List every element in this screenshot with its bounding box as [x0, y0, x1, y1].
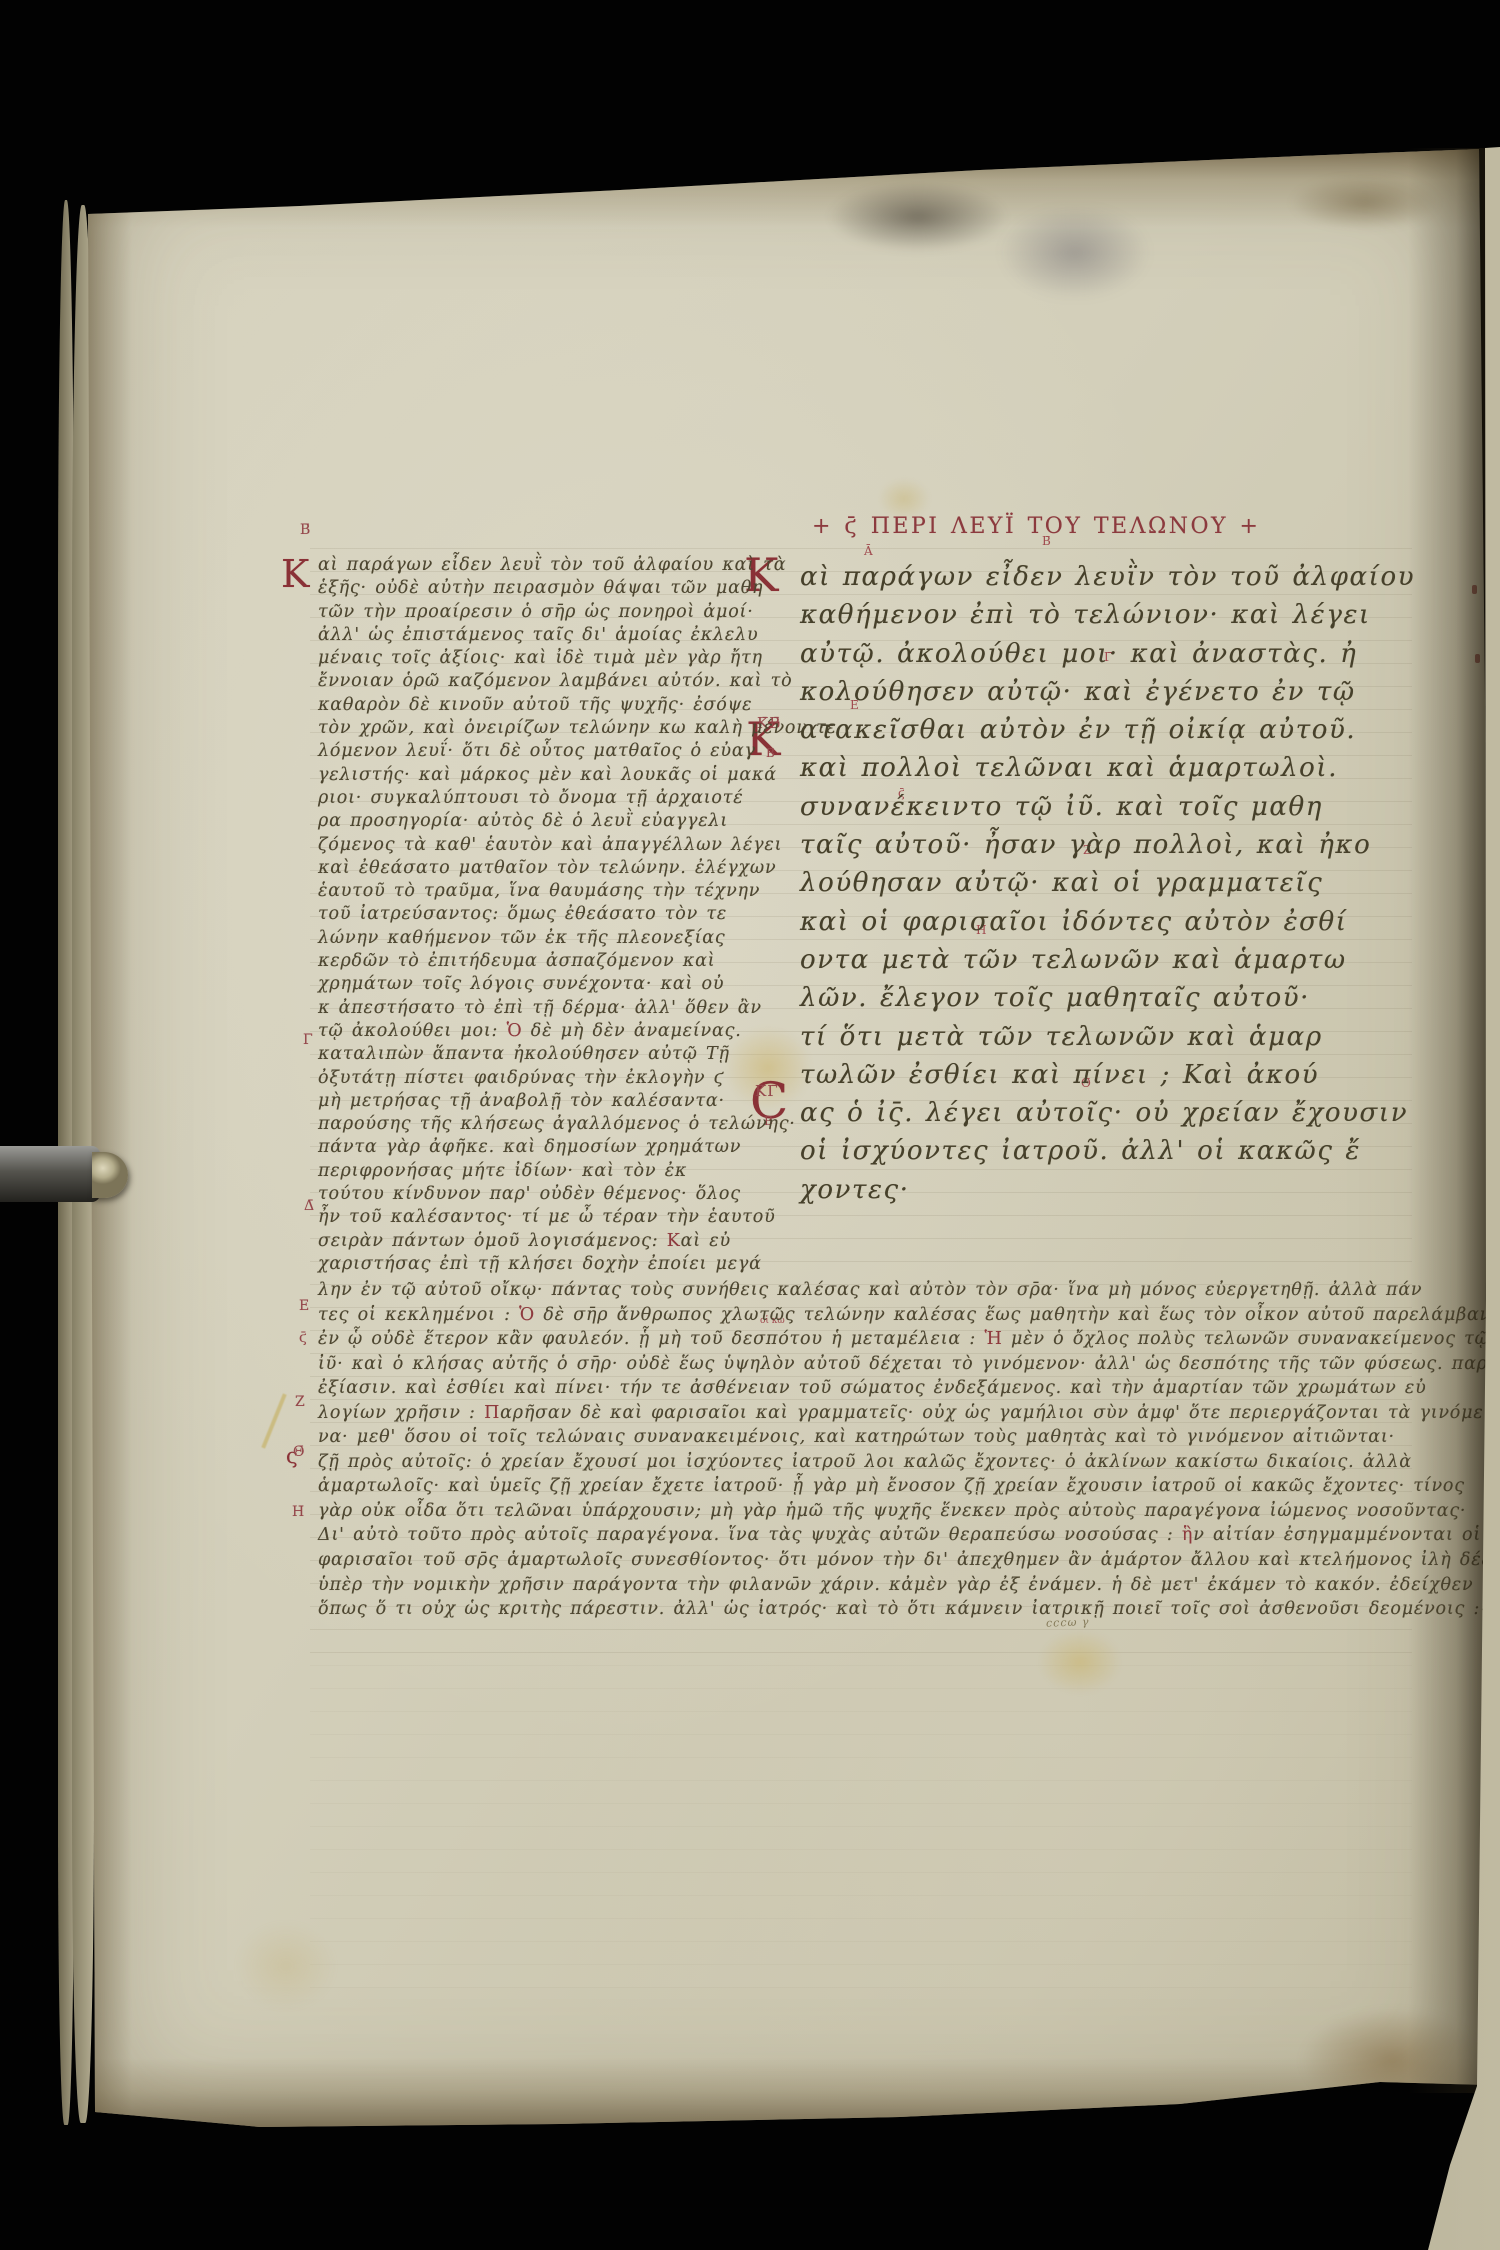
commentary-line: ἑξῆς· οὐδὲ αὐτὴν πειρασμὸν θάψαι τῶν μαθ…	[318, 577, 837, 600]
commentary-line: ἑαυτοῦ τὸ τραῦμα, ἵνα θαυμάσης τὴν τέχνη…	[318, 880, 837, 903]
commentary-line: τὸν χρῶν, καὶ ὀνειρίζων τελώνην κω καλὴ …	[318, 717, 837, 740]
gutter-shadow	[1408, 148, 1488, 2093]
commentary-line: μέναις τοῖς ἀξίοις· καὶ ἰδὲ τιμὰ μὲν γὰρ…	[318, 647, 837, 670]
commentary-line: λην ἐν τῷ αὐτοῦ οἴκῳ· πάντας τοὺς συνήθε…	[318, 1278, 1500, 1303]
manuscript-page: + ϛ̄ ΠΕΡΙ ΛΕΥΪ ΤΟΥ ΤΕΛΩΝΟΥ + Κ Κ Κ Ϲ ς Β…	[0, 0, 1500, 2250]
photo-stage: + ϛ̄ ΠΕΡΙ ΛΕΥΪ ΤΟΥ ΤΕΛΩΝΟΥ + Κ Κ Κ Ϲ ς Β…	[0, 0, 1500, 2250]
commentary-line: μὴ μετρήσας τῇ ἀναβολῇ τὸν καλέσαντα·	[318, 1090, 837, 1113]
commentary-line: χρημάτων τοῖς λόγοις συνέχοντα· καὶ οὐ	[318, 973, 837, 996]
stain	[1000, 205, 1150, 300]
commentary-line: γὰρ οὐκ οἶδα ὅτι τελῶναι ὑπάρχουσιν; μὴ …	[318, 1499, 1500, 1524]
commentary-line: ὅπως ὅ τι οὐχ ὡς κριτὴς πάρεστιν. ἀλλ' ὡ…	[318, 1597, 1500, 1622]
margin-siglum-stigma: ϛ̄	[299, 1330, 308, 1346]
commentary-line: λώνην καθήμενον τῶν ἐκ τῆς πλεονεξίας	[318, 927, 837, 950]
gospel-line: κολούθησεν αὐτῷ· καὶ ἐγένετο ἐν τῷ	[800, 673, 1415, 711]
margin-siglum-zeta: Ζ̄	[295, 1394, 306, 1410]
gospel-line: τωλῶν ἐσθίει καὶ πίνει ; Καὶ ἀκού	[800, 1056, 1415, 1094]
commentary-line: ἰῦ· καὶ ὁ κλήσας αὐτῆς ὁ ση̄ρ· οὐδὲ ἕως …	[318, 1352, 1500, 1377]
commentary-line: γελιστής· καὶ μάρκος μὲν καὶ λουκᾶς οἱ μ…	[318, 764, 837, 787]
commentary-column: αὶ παράγων εἶδεν λευῒ τὸν τοῦ ἀλφαίου κα…	[318, 554, 837, 1276]
gospel-line: καὶ πολλοὶ τελῶναι καὶ ἁμαρτωλοὶ.	[800, 749, 1415, 787]
gospel-line: ας ὁ ἰς̄. λέγει αὐτοῖς· οὐ χρείαν ἔχουσι…	[800, 1094, 1415, 1132]
commentary-line: ζόμενος τὰ καθ' ἑαυτὸν καὶ ἀπαγγέλλων λέ…	[318, 834, 837, 857]
commentary-line: λόμενον λευΐ· ὅτι δὲ οὗτος ματθαῖος ὁ εὐ…	[318, 740, 837, 763]
gospel-line: ατακεῖσθαι αὐτὸν ἐν τῇ οἰκίᾳ αὐτοῦ.	[800, 711, 1415, 749]
gospel-line: οντα μετὰ τῶν τελωνῶν καὶ ἁμαρτω	[800, 941, 1415, 979]
interlinear-mark-alpha: Ᾱ	[864, 544, 873, 558]
commentary-line: τοῦ ἰατρεύσαντος: ὅμως ἐθεάσατο τὸν τε	[318, 903, 837, 926]
chapter-title: + ϛ̄ ΠΕΡΙ ΛΕΥΪ ΤΟΥ ΤΕΛΩΝΟΥ +	[812, 514, 1260, 539]
commentary-line: ἁμαρτωλοῖς· καὶ ὑμεῖς ζῇ χρείαν ἔχετε ἰα…	[318, 1474, 1500, 1499]
ruling-lines-faint	[310, 1665, 1412, 1995]
page-top-browning	[86, 148, 1486, 228]
commentary-line: τῶν τὴν προαίρεσιν ὁ ση̄ρ ὡς πονηροὶ ἀμο…	[318, 601, 837, 624]
commentary-line: Δι' αὐτὸ τοῦτο πρὸς αὐτοῖς παραγέγονα. ἵ…	[318, 1523, 1500, 1548]
page-clamp	[0, 1146, 100, 1202]
commentary-line: παρούσης τῆς κλήσεως ἀγαλλόμενος ὁ τελών…	[318, 1113, 837, 1136]
commentary-lower-block: λην ἐν τῷ αὐτοῦ οἴκῳ· πάντας τοὺς συνήθε…	[318, 1278, 1500, 1622]
commentary-line: ὀξυτάτῃ πίστει φαιδρύνας τὴν ἐκλογὴν ϛ	[318, 1067, 837, 1090]
commentary-line: ζῇ πρὸς αὐτοῖς: ὁ χρείαν ἔχουσί μοι ἰσχύ…	[318, 1450, 1500, 1475]
margin-siglum-beta: Β̄	[300, 522, 311, 538]
commentary-line: σειρὰν πάντων ὁμοῦ λογισάμενος: Καὶ εὐ	[318, 1230, 837, 1253]
margin-siglum-delta: Δ̄	[304, 1198, 315, 1214]
gospel-line: αὶ παράγων εἶδεν λευῒν τὸν τοῦ ἀλφαίου	[800, 558, 1415, 596]
commentary-line: ριοι· συγκαλύπτουσι τὸ ὄνομα τῇ ἀρχαιοτέ	[318, 787, 837, 810]
gospel-line: συνανέκειντο τῷ ἰῦ. καὶ τοῖς μαθη	[800, 788, 1415, 826]
stain	[236, 1922, 336, 2010]
margin-siglum-gamma: Γ̄	[303, 1032, 314, 1048]
commentary-line: χαριστήσας ἐπὶ τῇ κλήσει δοχὴν ἐποίει με…	[318, 1253, 837, 1276]
gospel-line: χοντες·	[800, 1171, 1415, 1209]
commentary-line: καταλιπὼν ἅπαντα ἠκολούθησεν αὐτῷ Τῇ	[318, 1043, 837, 1066]
commentary-line: καὶ ἐθεάσατο ματθαῖον τὸν τελώνην. ἐλέγχ…	[318, 857, 837, 880]
gospel-line: ταῖς αὐτοῦ· ἦσαν γὰρ πολλοὶ, καὶ ἠκο	[800, 826, 1415, 864]
commentary-line: ἀλλ' ὡς ἐπιστάμενος ταῖς δι' ἁμοίας ἐκλε…	[318, 624, 837, 647]
commentary-line: περιφρονήσας μήτε ἰδίων· καὶ τὸν ἐκ	[318, 1160, 837, 1183]
commentary-line: τῷ ἀκολούθει μοι: Ὁ δὲ μὴ δὲν ἀναμείνας.	[318, 1020, 837, 1043]
commentary-line: τες οἱ κεκλημένοι : Ὁ δὲ ση̄ρ ἄνθρωπος χ…	[318, 1303, 1500, 1328]
margin-siglum-eta: Η̄	[292, 1504, 305, 1520]
gospel-line: τί ὅτι μετὰ τῶν τελωνῶν καὶ ἁμαρ	[800, 1018, 1415, 1056]
margin-siglum-epsilon: Ε̄	[299, 1298, 310, 1314]
commentary-line: ρα προσηγορία· αὐτὸς δὲ ὁ λευῒ εὐαγγελι	[318, 810, 837, 833]
gospel-line: καὶ οἱ φαρισαῖοι ἰδόντες αὐτὸν ἐσθί	[800, 903, 1415, 941]
page-bottom-browning	[86, 2058, 1488, 2130]
gospel-line: οἱ ἰσχύοντες ἰατροῦ. ἀλλ' οἱ κακῶς ἔ	[800, 1132, 1415, 1170]
margin-siglum-theta: Θ̄	[293, 1444, 305, 1460]
interlinear-mark-beta: Β̄	[1042, 534, 1051, 548]
commentary-line: ἐξίασιν. καὶ ἐσθίει καὶ πίνει· τήν τε ἀσ…	[318, 1376, 1500, 1401]
commentary-line: τούτου κίνδυνον παρ' οὐδὲν θέμενος· ὅλος	[318, 1183, 837, 1206]
commentary-line: κ ἀπεστήσατο τὸ ἐπὶ τῇ δέρμα· ἀλλ' ὅθεν …	[318, 997, 837, 1020]
initial-kappa-commentary: Κ	[281, 552, 309, 596]
commentary-line: καθαρὸν δὲ κινοῦν αὐτοῦ τῆς ψυχῆς· ἐσόψε	[318, 694, 837, 717]
commentary-line: φαρισαῖοι τοῦ σρ̄ς ἁμαρτωλοῖς συνεσθίοντ…	[318, 1548, 1500, 1573]
stain	[1038, 1630, 1122, 1694]
commentary-line: ὑπὲρ τὴν νομικὴν χρῆσιν παράγοντα τὴν φι…	[318, 1573, 1500, 1598]
gospel-column: αὶ παράγων εἶδεν λευῒν τὸν τοῦ ἀλφαίουκα…	[800, 558, 1415, 1209]
commentary-line: ἦν τοῦ καλέσαντος· τί με ὦ τέραν τὴν ἑαυ…	[318, 1206, 837, 1229]
faded-scribble: ϲϲϲω γ	[1046, 1615, 1090, 1630]
commentary-line: λογίων χρῆσιν : Παρῆσαν δὲ καὶ φαρισαῖοι…	[318, 1401, 1500, 1426]
gospel-line: λῶν. ἔλεγον τοῖς μαθηταῖς αὐτοῦ·	[800, 979, 1415, 1017]
commentary-line: ἔννοιαν ὁρῶ καζόμενον λαμβάνει αὐτόν. κα…	[318, 670, 837, 693]
commentary-line: πάντα γὰρ ἀφῆκε. καὶ δημοσίων χρημάτων	[318, 1136, 837, 1159]
stain	[828, 182, 1008, 252]
commentary-line: ἐν ᾧ οὐδὲ ἕτερον κἂν φαυλεόν. ᾗ μὴ τοῦ δ…	[318, 1327, 1500, 1352]
gospel-line: αὐτῷ. ἀκολούθει μοι· καὶ ἀναστὰς. ἠ	[800, 635, 1415, 673]
gospel-line: καθήμενον ἐπὶ τὸ τελώνιον· καὶ λέγει	[800, 596, 1415, 634]
commentary-line: να· μεθ' ὅσου οἱ τοῖς τελώναις συνανακει…	[318, 1425, 1500, 1450]
commentary-line: αὶ παράγων εἶδεν λευῒ τὸν τοῦ ἀλφαίου κα…	[318, 554, 837, 577]
gospel-line: λούθησαν αὐτῷ· καὶ οἱ γραμματεῖς	[800, 864, 1415, 902]
commentary-line: κερδῶν τὸ ἐπιτήδευμα ἀσπαζόμενον καὶ	[318, 950, 837, 973]
